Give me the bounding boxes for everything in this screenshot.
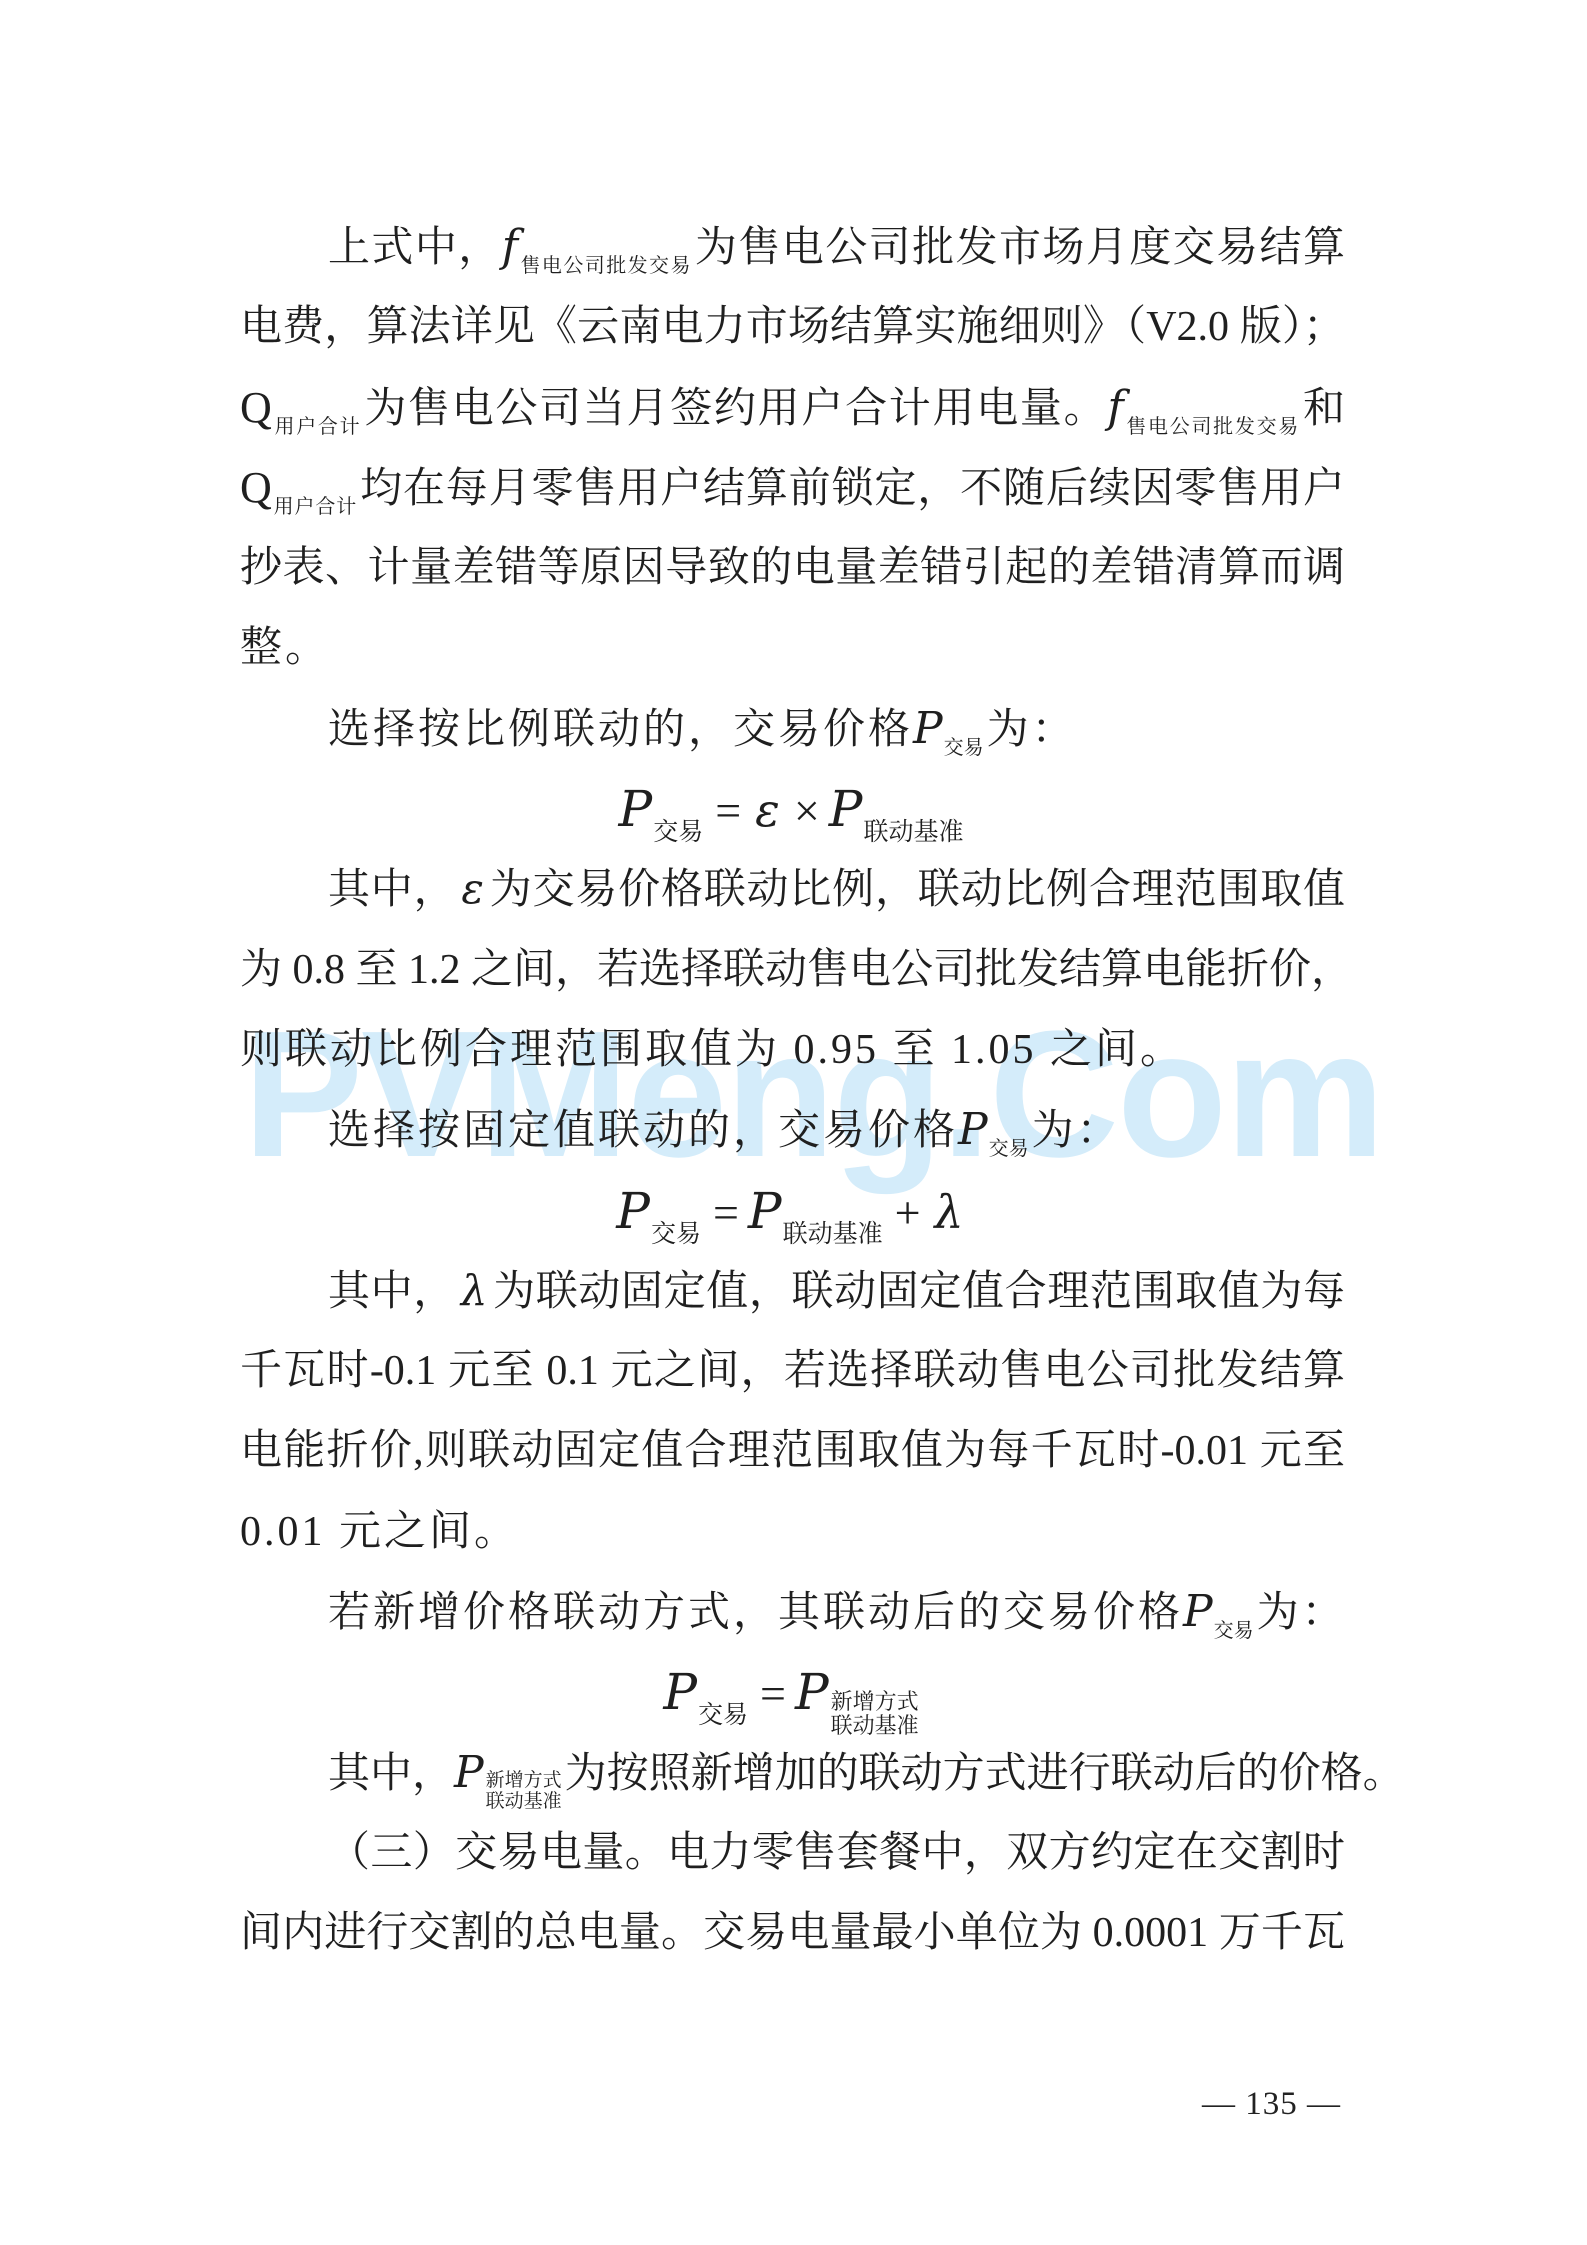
text-line: 千瓦时-0.1 元至 0.1 元之间，若选择联动售电公司批发结算 [240,1331,1345,1411]
math-operator: = [704,1187,748,1238]
text-line: 选择按固定值联动的，交易价格P交易为： [240,1090,1345,1170]
text-line: 0.01 元之间。 [240,1492,1345,1572]
math-base: P [795,1663,829,1721]
math-supsub: 新增方式联动基准 [486,1770,562,1812]
math-term: Q用户合计 [240,466,360,512]
math-operator: + [886,1187,930,1238]
math-subscript: 用户合计 [273,416,362,438]
text-line: 整。 [240,608,1345,688]
text-run: 间内进行交割的总电量。交易电量最小单位为 0.0001 万千瓦 [240,1910,1345,1956]
math-term: P交易 [1183,1590,1257,1636]
document-page: PVMeng.Com 上式中，f售电公司批发交易为售电公司批发市场月度交易结算电… [0,0,1587,2245]
math-term: P交易 [619,785,707,836]
math-base: P [1183,1586,1213,1637]
text-run: 为： [1257,1590,1347,1636]
math-term: P交易 [663,1668,751,1719]
text-line: Q用户合计均在每月零售用户结算前锁定，不随后续因零售用户 [240,448,1345,528]
text-line: 其中，ε为交易价格联动比例，联动比例合理范围取值 [240,849,1345,929]
text-run: 为： [1032,1108,1122,1154]
text-run: （三）交易电量。电力零售套餐中，双方约定在交割时 [328,1830,1345,1876]
text-line: Q用户合计为售电公司当月签约用户合计用电量。f售电公司批发交易和 [240,368,1345,448]
math-subscript: 售电公司批发交易 [1125,416,1300,438]
math-base: P [616,1182,650,1240]
math-subscript: 联动基准 [783,1221,883,1248]
math-term: P联动基准 [748,1187,886,1238]
math-base: P [829,780,863,838]
math-subscript: 交易 [653,819,703,846]
math-base: Q [240,383,272,432]
math-subscript: 联动基准 [863,819,963,846]
text-run: 为售电公司当月签约用户合计用电量。 [364,386,1107,432]
math-base: P [663,1663,697,1721]
text-line: 抄表、计量差错等原因导致的电量差错引起的差错清算而调 [240,528,1345,608]
math-operator: × [785,785,829,836]
text-run: 为按照新增加的联动方式进行联动后的价格。 [565,1751,1405,1797]
formula-line: P交易=P新增方式联动基准 [240,1652,1345,1732]
math-base: f [502,221,518,272]
text-run: 千瓦时-0.1 元至 0.1 元之间，若选择联动售电公司批发结算 [240,1348,1345,1394]
text-run: 电费，算法详见《云南电力市场结算实施细则》（V2.0 版）； [240,304,1345,350]
formula-line: P交易=ε×P联动基准 [240,769,1345,849]
text-line: 则联动比例合理范围取值为 0.95 至 1.05 之间。 [240,1010,1345,1090]
text-run: 为： [987,707,1077,753]
math-subscript: 交易 [1214,1620,1254,1642]
math-subscript: 交易 [698,1702,748,1729]
text-run: 电能折价,则联动固定值合理范围取值为每千瓦时-0.01 元至 [240,1428,1345,1474]
math-base: f [1107,382,1123,433]
text-run: 和 [1303,386,1345,432]
text-run: 则联动比例合理范围取值为 0.95 至 1.05 之间。 [240,1027,1185,1073]
text-line: （三）交易电量。电力零售套餐中，双方约定在交割时 [240,1813,1345,1893]
greek-symbol: λ [456,1266,493,1315]
math-operator: = [751,1668,795,1719]
text-run: 为 0.8 至 1.2 之间，若选择联动售电公司批发结算电能折价， [240,947,1353,993]
math-term: P新增方式联动基准 [454,1751,565,1797]
math-supsub: 新增方式联动基准 [831,1690,919,1738]
math-subscript: 用户合计 [273,496,357,518]
math-base: P [454,1747,484,1798]
text-line: 其中，λ为联动固定值，联动固定值合理范围取值为每 [240,1251,1345,1331]
text-run: 若新增价格联动方式，其联动后的交易价格 [328,1590,1183,1636]
math-base: P [913,703,943,754]
math-operator: = [706,785,750,836]
math-term: P交易 [616,1187,704,1238]
math-subscript: 交易 [989,1138,1029,1160]
math-base: Q [240,463,272,512]
text-line: 电能折价,则联动固定值合理范围取值为每千瓦时-0.01 元至 [240,1411,1345,1491]
math-term: P交易 [913,707,987,753]
text-run: 选择按比例联动的，交易价格 [328,707,913,753]
document-body: 上式中，f售电公司批发交易为售电公司批发市场月度交易结算电费，算法详见《云南电力… [240,207,1345,1974]
text-run: 均在每月零售用户结算前锁定，不随后续因零售用户 [360,466,1345,512]
math-subscript: 交易 [651,1221,701,1248]
text-line: 为 0.8 至 1.2 之间，若选择联动售电公司批发结算电能折价， [240,930,1345,1010]
greek-symbol: ε [456,864,489,913]
greek-symbol: λ [930,1185,969,1239]
math-term: f售电公司批发交易 [1107,386,1303,432]
text-run: 0.01 元之间。 [240,1509,519,1555]
math-term: Q用户合计 [240,386,364,432]
greek-symbol: ε [750,783,785,837]
math-term: P交易 [958,1108,1032,1154]
text-line: 电费，算法详见《云南电力市场结算实施细则》（V2.0 版）； [240,287,1345,367]
text-run: 整。 [240,625,330,671]
math-term: P联动基准 [829,785,967,836]
formula-line: P交易=P联动基准+λ [240,1171,1345,1251]
text-line: 间内进行交割的总电量。交易电量最小单位为 0.0001 万千瓦 [240,1893,1345,1973]
math-term: P新增方式联动基准 [795,1668,922,1719]
text-run: 其中， [328,1269,456,1315]
text-run: 其中， [328,867,456,913]
math-term: f售电公司批发交易 [502,225,695,271]
math-base: P [958,1104,988,1155]
text-run: 选择按固定值联动的，交易价格 [328,1108,958,1154]
text-line: 若新增价格联动方式，其联动后的交易价格P交易为： [240,1572,1345,1652]
text-run: 上式中， [328,225,502,271]
text-run: 为联动固定值，联动固定值合理范围取值为每 [493,1269,1345,1315]
math-base: P [748,1182,782,1240]
math-subscript: 售电公司批发交易 [519,255,692,277]
text-run: 为售电公司批发市场月度交易结算 [695,225,1345,271]
text-line: 选择按比例联动的，交易价格P交易为： [240,689,1345,769]
text-line: 上式中，f售电公司批发交易为售电公司批发市场月度交易结算 [240,207,1345,287]
math-subscript: 交易 [944,737,984,759]
text-line: 其中，P新增方式联动基准为按照新增加的联动方式进行联动后的价格。 [240,1733,1345,1813]
text-run: 为交易价格联动比例，联动比例合理范围取值 [489,867,1345,913]
page-number: — 135 — [1202,2086,1341,2123]
text-run: 其中， [328,1751,454,1797]
math-base: P [619,780,653,838]
text-run: 抄表、计量差错等原因导致的电量差错引起的差错清算而调 [240,545,1345,591]
